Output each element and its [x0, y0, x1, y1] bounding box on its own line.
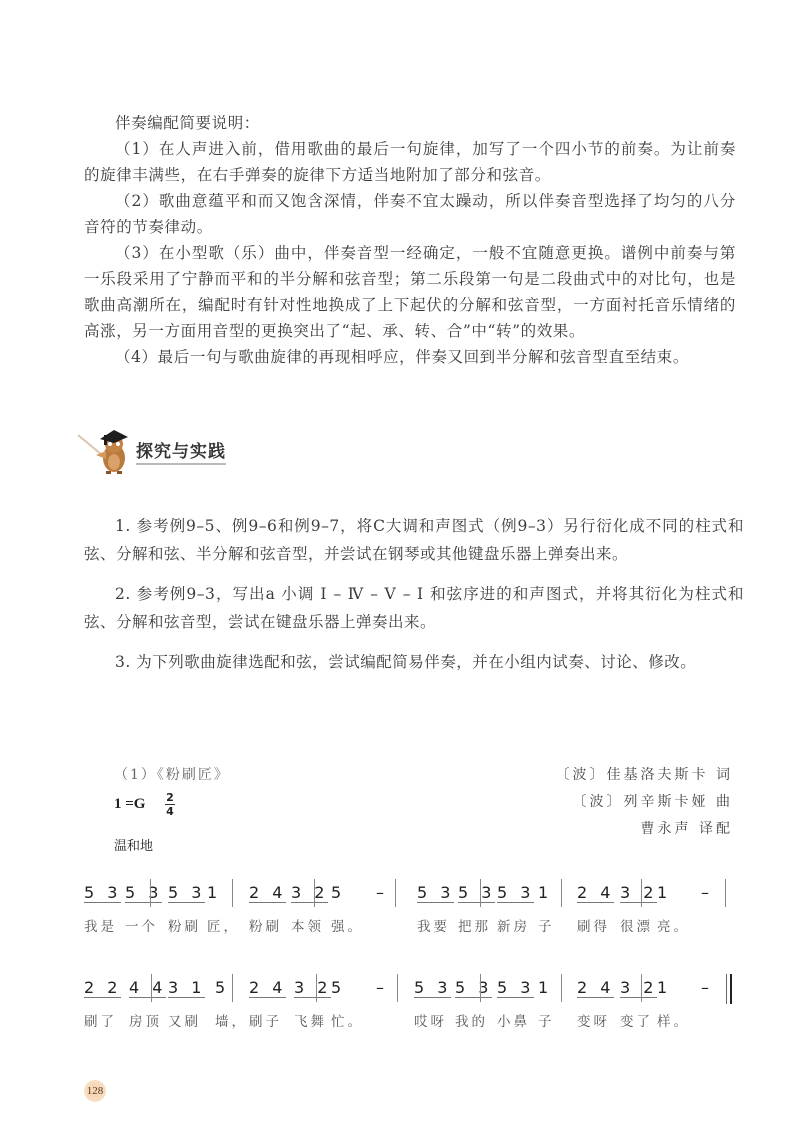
lyric: 一个: [125, 915, 158, 935]
note-group: 2 4: [249, 883, 286, 903]
lyric: 粉刷: [249, 915, 282, 935]
bar-line: [395, 879, 396, 907]
note-group: 5 3: [458, 883, 495, 903]
composer: 〔波〕列辛斯卡娅 曲: [556, 789, 733, 816]
note-group: 1: [538, 978, 552, 997]
accompaniment-notes: 伴奏编配简要说明： （1）在人声进入前，借用歌曲的最后一句旋律，加写了一个四小节…: [84, 110, 736, 370]
lyric: 把那: [458, 915, 491, 935]
task-2: 2. 参考例9–3，写出a 小调 Ⅰ – Ⅳ – Ⅴ – Ⅰ 和弦序进的和声图式…: [84, 580, 744, 636]
tempo-marking: 温和地: [114, 835, 153, 854]
final-bar-line-thin: [726, 974, 727, 1004]
note-group: 3 1: [168, 978, 205, 998]
bar-line: [314, 879, 315, 907]
lyric: 刷子: [249, 1010, 282, 1030]
note-group: 5: [331, 883, 345, 902]
lyric: 强。: [331, 915, 364, 935]
note-group: 5 3: [414, 978, 451, 998]
lyric: 子: [538, 915, 555, 935]
bar-line: [561, 974, 562, 1002]
note-group: 2 4: [249, 978, 286, 998]
lyric: 又刷: [168, 1010, 201, 1030]
lyric: 哎呀: [414, 1010, 447, 1030]
key-signature: 1 =G: [114, 796, 145, 813]
note-group: 1: [657, 883, 671, 902]
note-group: 5 3: [497, 978, 534, 998]
lyric: 很漂: [620, 915, 653, 935]
note-group: 5: [215, 978, 229, 997]
note-group: 2 4: [577, 883, 614, 903]
note-group: 3 2: [620, 978, 657, 998]
note-group: 3 2: [291, 883, 328, 903]
note-group: 5: [331, 978, 345, 997]
note-group: 1: [657, 978, 671, 997]
section-header: 探究与实践: [84, 425, 234, 475]
bar-line: [725, 879, 726, 907]
note-group: 2 2: [84, 978, 121, 998]
note-group: 5 3: [417, 883, 454, 903]
note-item-1: （1）在人声进入前，借用歌曲的最后一句旋律，加写了一个四小节的前奏。为让前奏的旋…: [84, 136, 736, 188]
note-group: 5 3: [84, 883, 121, 903]
page-number: 128: [84, 1080, 106, 1102]
note-group: 5 3: [168, 883, 205, 903]
lyric: 粉刷: [168, 915, 201, 935]
lyric: 样。: [657, 1010, 690, 1030]
note-item-3: （3）在小型歌（乐）曲中，伴奏音型一经确定，一般不宜随意更换。谱例中前奏与第一乐…: [84, 240, 736, 344]
owl-scholar-mascot-icon: [76, 425, 138, 475]
lyric: 房顶: [129, 1010, 162, 1030]
notation-row-1: 5 35 35 312 43 25–5 35 35 312 43 21–我是一个…: [84, 883, 744, 943]
note-item-2: （2）歌曲意蕴平和而又饱含深情，伴奏不宜太躁动，所以伴奏音型选择了均匀的八分音符…: [84, 188, 736, 240]
lyric: 亮。: [657, 915, 690, 935]
note-group: 1: [538, 883, 552, 902]
note-group: 2 4: [577, 978, 614, 998]
note-group: –: [701, 978, 713, 997]
task-3: 3. 为下列歌曲旋律选配和弦，尝试编配简易伴奏，并在小组内试奏、讨论、修改。: [84, 648, 744, 676]
lyric: 本领: [291, 915, 324, 935]
arranger: 曹永声 译配: [556, 816, 733, 843]
lyric: 我是: [84, 915, 117, 935]
note-group: 1: [207, 883, 221, 902]
note-item-4: （4）最后一句与歌曲旋律的再现相呼应，伴奏又回到半分解和弦音型直至结束。: [84, 344, 736, 370]
note-group: 5 3: [125, 883, 162, 903]
bar-line: [480, 879, 481, 907]
lyric: 忙。: [331, 1010, 364, 1030]
lyric: 刷得: [577, 915, 610, 935]
note-group: 3 2: [294, 978, 331, 998]
bar-line: [232, 974, 233, 1002]
bar-line: [561, 879, 562, 907]
note-group: 5 3: [497, 883, 534, 903]
bar-line: [232, 879, 233, 907]
lyricist: 〔波〕佳基洛夫斯卡 词: [556, 762, 733, 789]
note-group: 5 3: [455, 978, 492, 998]
lyric: 匠，: [207, 915, 240, 935]
lyric: 墙，: [215, 1010, 248, 1030]
task-1: 1. 参考例9–5、例9–6和例9–7，将C大调和声图式（例9–3）另行衍化成不…: [84, 512, 744, 568]
lyric: 变了: [620, 1010, 653, 1030]
lyric: 我要: [417, 915, 450, 935]
final-bar-line-thick: [730, 974, 732, 1004]
note-group: 3 2: [620, 883, 657, 903]
lyric: 变呀: [577, 1010, 610, 1030]
lyric: 新房: [497, 915, 530, 935]
bar-line: [641, 879, 642, 907]
bar-line: [641, 974, 642, 1002]
bar-line: [397, 974, 398, 1002]
bar-line: [316, 974, 317, 1002]
song-credits: 〔波〕佳基洛夫斯卡 词 〔波〕列辛斯卡娅 曲 曹永声 译配: [556, 762, 733, 843]
notes-heading: 伴奏编配简要说明：: [84, 110, 736, 136]
lyric: 刷了: [84, 1010, 117, 1030]
note-group: –: [376, 883, 388, 902]
note-group: 4 4: [129, 978, 166, 998]
bar-line: [480, 974, 481, 1002]
lyric: 飞舞: [294, 1010, 327, 1030]
lyric: 我的: [455, 1010, 488, 1030]
bar-line: [151, 974, 152, 1002]
song-title: （1）《粉刷匠》: [114, 764, 230, 784]
note-group: –: [376, 978, 388, 997]
lyric: 小鼻: [497, 1010, 530, 1030]
section-title: 探究与实践: [136, 437, 226, 465]
time-signature: 2 4: [165, 792, 175, 817]
note-group: –: [701, 883, 713, 902]
notation-row-2: 2 24 43 152 43 25–5 35 35 312 43 21–刷了房顶…: [84, 978, 744, 1038]
bar-line: [150, 879, 151, 907]
lyric: 子: [538, 1010, 555, 1030]
